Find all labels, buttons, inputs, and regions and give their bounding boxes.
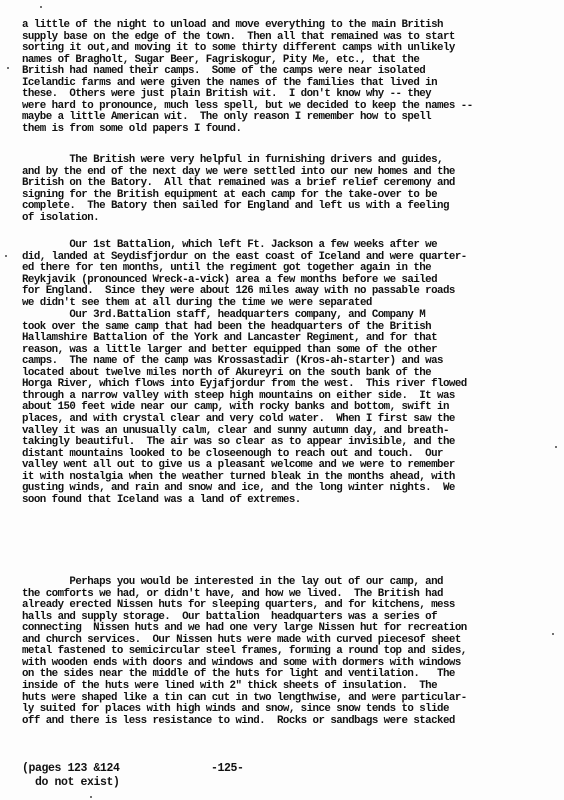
scan-speck — [7, 67, 9, 69]
text-line: already erected Nissen huts for sleeping… — [22, 600, 455, 611]
text-line: metal fastened to semicircular steel fra… — [22, 646, 467, 657]
scan-speck — [40, 6, 42, 8]
text-line: these. Others were just plain British wi… — [22, 89, 431, 100]
text-line: with wooden ends with doors and windows … — [22, 658, 461, 669]
text-line: The British were very helpful in furnish… — [22, 155, 443, 166]
text-line: a little of the night to unload and move… — [22, 20, 443, 31]
text-line: Hallamshire Battalion of the York and La… — [22, 333, 437, 344]
text-line: halls and supply storage. Our battalion … — [22, 612, 437, 623]
text-line: British on the Batory. All that remained… — [22, 178, 455, 189]
text-line: and by the end of the next day we were s… — [22, 167, 455, 178]
footer-note-line-2: do not exist) — [22, 776, 120, 789]
text-line: of isolation. — [22, 213, 99, 224]
text-line: camps. The name of the camp was Krossast… — [22, 356, 443, 367]
text-line: took over the same camp that had been th… — [22, 322, 431, 333]
text-line: were hard to pronounce, much less spell,… — [22, 101, 473, 112]
text-line: supply base on the edge of the town. The… — [22, 32, 455, 43]
scan-speck — [5, 255, 7, 257]
text-line: inside of the huts were lined with 2" th… — [22, 681, 437, 692]
text-line: gusting winds, and rain and snow and ice… — [22, 483, 455, 494]
text-line: names of Bragholt, Sugar Beer, Fagriskog… — [22, 55, 419, 66]
text-line: ed there for ten months, until the regim… — [22, 263, 431, 274]
text-line: for England. Since they were about 126 m… — [22, 286, 455, 297]
text-line: connecting Nissen huts and we had one ve… — [22, 623, 467, 634]
text-line: them is from some old papers I found. — [22, 124, 241, 135]
text-line: Icelandic farms and were given the names… — [22, 78, 437, 89]
text-line: sorting it out,and moving it to some thi… — [22, 43, 455, 54]
text-line: huts were shaped like a tin can cut in t… — [22, 693, 467, 704]
text-line: Perhaps you would be interested in the l… — [22, 577, 443, 588]
text-line: it with nostalgia when the weather turne… — [22, 472, 455, 483]
footer-note-line-1: (pages 123 &124 — [22, 762, 120, 775]
text-line: places, and with crystal clear and very … — [22, 414, 455, 425]
text-line: and church services. Our Nissen huts wer… — [22, 635, 461, 646]
text-line: reason, was a little larger and better e… — [22, 345, 437, 356]
text-line: about 150 feet wide near our camp, with … — [22, 402, 449, 413]
text-line: soon found that Iceland was a land of ex… — [22, 495, 301, 506]
text-line: through a narrow valley with steep high … — [22, 391, 455, 402]
text-line: off and there is less resistance to wind… — [22, 716, 455, 727]
text-line: British had named their camps. Some of t… — [22, 66, 425, 77]
document-page: a little of the night to unload and move… — [0, 0, 564, 800]
page-number: -125- — [211, 762, 244, 775]
text-line: located about twelve miles north of Akur… — [22, 368, 431, 379]
text-line: ly suited for places with high winds and… — [22, 704, 449, 715]
text-line: distant mountains looked to be closeenou… — [22, 449, 443, 460]
text-line: valley it was an unusually calm, clear a… — [22, 426, 449, 437]
text-line: Our 1st Battalion, which left Ft. Jackso… — [22, 240, 437, 251]
text-line: Our 3rd.Battalion staff, headquarters co… — [22, 310, 425, 321]
text-line: Reykjavik (pronounced Wreck-a-vick) area… — [22, 275, 437, 286]
scan-speck — [555, 446, 557, 448]
text-line: we didn't see them at all during the tim… — [22, 298, 372, 309]
text-line: takingly beautiful. The air was so clear… — [22, 437, 455, 448]
text-line: the comforts we had, or didn't have, and… — [22, 589, 443, 600]
scan-speck — [90, 796, 92, 798]
text-line: did, landed at Seydisfjordur on the east… — [22, 252, 467, 263]
text-line: on the sides near the middle of the huts… — [22, 669, 455, 680]
text-line: maybe a little American wit. The only re… — [22, 112, 431, 123]
text-line: valley went all out to give us a pleasan… — [22, 460, 455, 471]
text-line: Horga River, which flows into Eyjafjordu… — [22, 379, 467, 390]
scan-speck — [552, 633, 554, 635]
text-line: signing for the British equipment at eac… — [22, 190, 437, 201]
text-line: complete. The Batory then sailed for Eng… — [22, 201, 449, 212]
